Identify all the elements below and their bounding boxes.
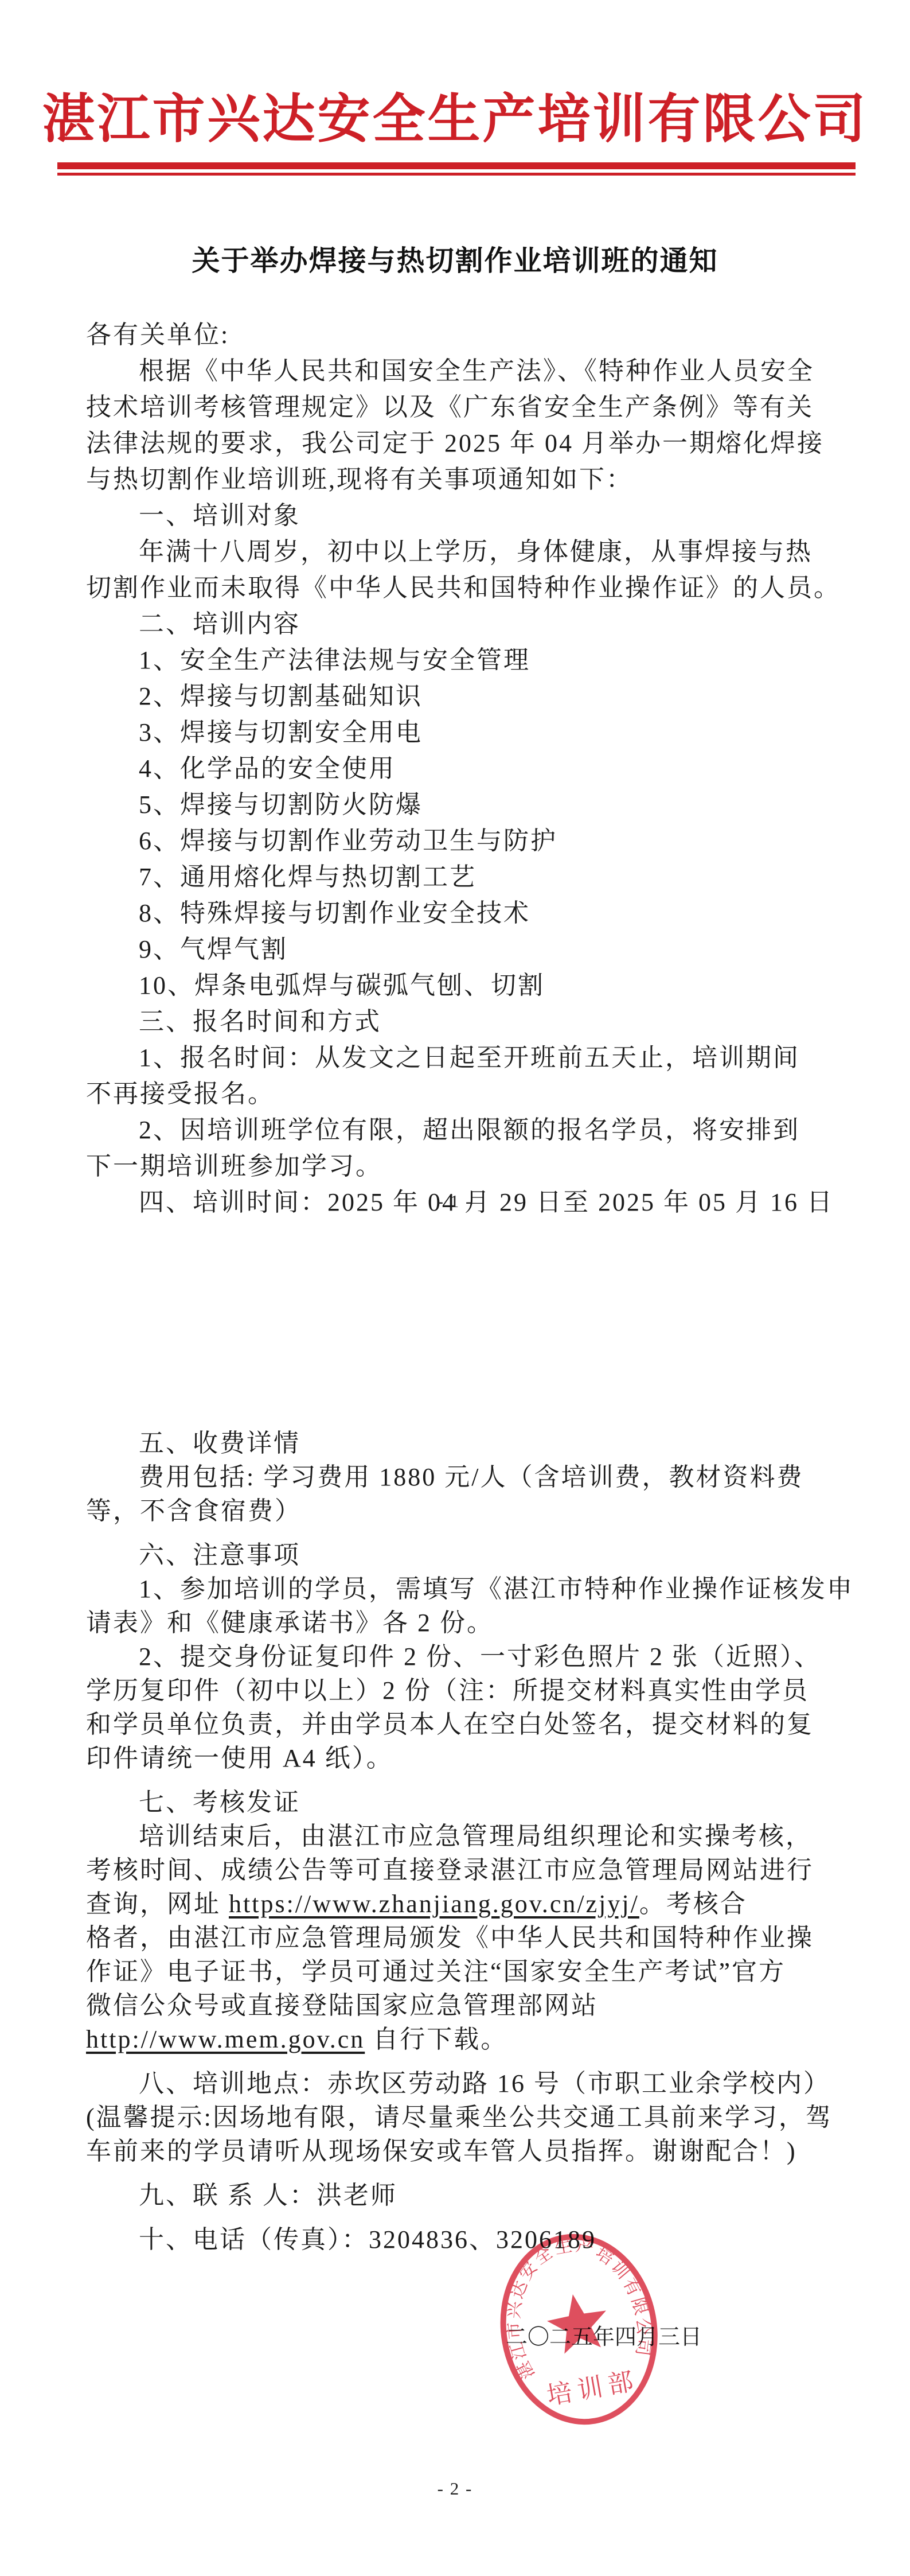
section-heading: 九、联 系 人：洪老师: [86, 2178, 849, 2212]
salutation-line: 各有关单位:: [86, 317, 849, 353]
section-heading: 一、培训对象: [86, 497, 849, 534]
page2-body: 五、收费详情 费用包括: 学习费用 1880 元/人（含培训费，教材资料费 等，…: [86, 1426, 849, 2256]
list-item: 1、报名时间：从发文之日起至开班前五天止，培训期间: [86, 1040, 849, 1076]
doc-line: 车前来的学员请听从现场保安或车管人员指挥。谢谢配合！): [86, 2134, 849, 2168]
doc-line: 学历复印件（初中以上）2 份（注：所提交材料真实性由学员: [86, 1674, 849, 1707]
list-item: 6、焊接与切割作业劳动卫生与防护: [86, 823, 849, 859]
doc-line: 法律法规的要求，我公司定于 2025 年 04 月举办一期熔化焊接: [86, 425, 849, 461]
section-heading: 七、考核发证: [86, 1785, 849, 1819]
doc-line: 根据《中华人民共和国安全生产法》、《特种作业人员安全: [86, 353, 849, 389]
doc-line: (温馨提示:因场地有限，请尽量乘坐公共交通工具前来学习，驾: [86, 2100, 849, 2134]
list-item: 1、安全生产法律法规与安全管理: [86, 642, 849, 678]
page-number-1: - 1 -: [0, 1191, 910, 1212]
url-line-post: 。考核合: [639, 1890, 747, 1918]
doc-line: 费用包括: 学习费用 1880 元/人（含培训费，教材资料费: [86, 1460, 849, 1494]
url-line-pre: 查询，网址: [86, 1890, 229, 1918]
doc-line: 请表》和《健康承诺书》各 2 份。: [86, 1606, 849, 1640]
doc-line: 培训结束后，由湛江市应急管理局组织理论和实操考核，: [86, 1819, 849, 1853]
doc-line: 技术培训考核管理规定》以及《广东省安全生产条例》等有关: [86, 389, 849, 425]
page1-body: 各有关单位: 根据《中华人民共和国安全生产法》、《特种作业人员安全 技术培训考核…: [86, 317, 849, 1220]
doc-line: 格者，由湛江市应急管理局颁发《中华人民共和国特种作业操: [86, 1921, 849, 1955]
list-item: 2、焊接与切割基础知识: [86, 678, 849, 714]
list-item: 3、焊接与切割安全用电: [86, 714, 849, 750]
list-item: 2、提交身份证复印件 2 份、一寸彩色照片 2 张（近照）、: [86, 1640, 849, 1674]
list-item: 5、焊接与切割防火防爆: [86, 787, 849, 823]
section-heading: 三、报名时间和方式: [86, 1003, 849, 1040]
doc-line: 年满十八周岁，初中以上学历，身体健康，从事焊接与热: [86, 534, 849, 570]
doc-line: 与热切割作业培训班,现将有关事项通知如下：: [86, 461, 849, 497]
page-number-2: - 2 -: [0, 2478, 910, 2499]
list-item: 2、因培训班学位有限，超出限额的报名学员，将安排到: [86, 1112, 849, 1148]
section-heading: 六、注意事项: [86, 1538, 849, 1572]
link-text: https://www.zhanjiang.gov.cn/zjyj/: [229, 1890, 639, 1918]
company-name: 湛江市兴达安全生产培训有限公司: [0, 91, 910, 149]
doc-line: 和学员单位负责，并由学员本人在空白处签名，提交材料的复: [86, 1707, 849, 1741]
list-item: 1、参加培训的学员，需填写《湛江市特种作业操作证核发申: [86, 1572, 849, 1606]
url-line-post: 自行下载。: [365, 2025, 507, 2053]
section-heading: 五、收费详情: [86, 1426, 849, 1460]
doc-line: 等，不含食宿费）: [86, 1494, 849, 1528]
link-text: http://www.mem.gov.cn: [86, 2025, 365, 2053]
star-icon: [543, 2289, 612, 2356]
list-item: 10、焊条电弧焊与碳弧气刨、切割: [86, 967, 849, 1003]
letterhead-rule-thick: [57, 162, 856, 169]
doc-line: 切割作业而未取得《中华人民共和国特种作业操作证》的人员。: [86, 570, 849, 606]
scanned-notice-document: 湛江市兴达安全生产培训有限公司 关于举办焊接与热切割作业培训班的通知 各有关单位…: [0, 0, 910, 2576]
list-item: 8、特殊焊接与切割作业安全技术: [86, 895, 849, 931]
section-heading: 二、培训内容: [86, 606, 849, 642]
notice-title: 关于举办焊接与热切割作业培训班的通知: [0, 239, 910, 279]
doc-line-with-url: http://www.mem.gov.cn 自行下载。: [86, 2022, 849, 2056]
doc-line-with-url: 查询，网址 https://www.zhanjiang.gov.cn/zjyj/…: [86, 1887, 849, 1921]
company-stamp: 湛江市兴达安全生产培训有限公司 培训部: [487, 2221, 671, 2442]
section-heading: 八、培训地点：赤坎区劳动路 16 号（市职工业余学校内）: [86, 2067, 849, 2100]
list-item: 9、气焊气割: [86, 931, 849, 967]
doc-line: 下一期培训班参加学习。: [86, 1148, 849, 1184]
list-item: 4、化学品的安全使用: [86, 750, 849, 787]
list-item: 7、通用熔化焊与热切割工艺: [86, 859, 849, 895]
doc-line: 印件请统一使用 A4 纸）。: [86, 1741, 849, 1775]
doc-line: 考核时间、成绩公告等可直接登录湛江市应急管理局网站进行: [86, 1853, 849, 1887]
doc-line: 微信公众号或直接登陆国家应急管理部网站: [86, 1989, 849, 2022]
doc-line: 作证》电子证书，学员可通过关注“国家安全生产考试”官方: [86, 1955, 849, 1989]
section-heading: 十、电话（传真）：3204836、3206189: [86, 2223, 849, 2256]
doc-line: 不再接受报名。: [86, 1076, 849, 1112]
letterhead-rule-thin: [57, 173, 856, 176]
